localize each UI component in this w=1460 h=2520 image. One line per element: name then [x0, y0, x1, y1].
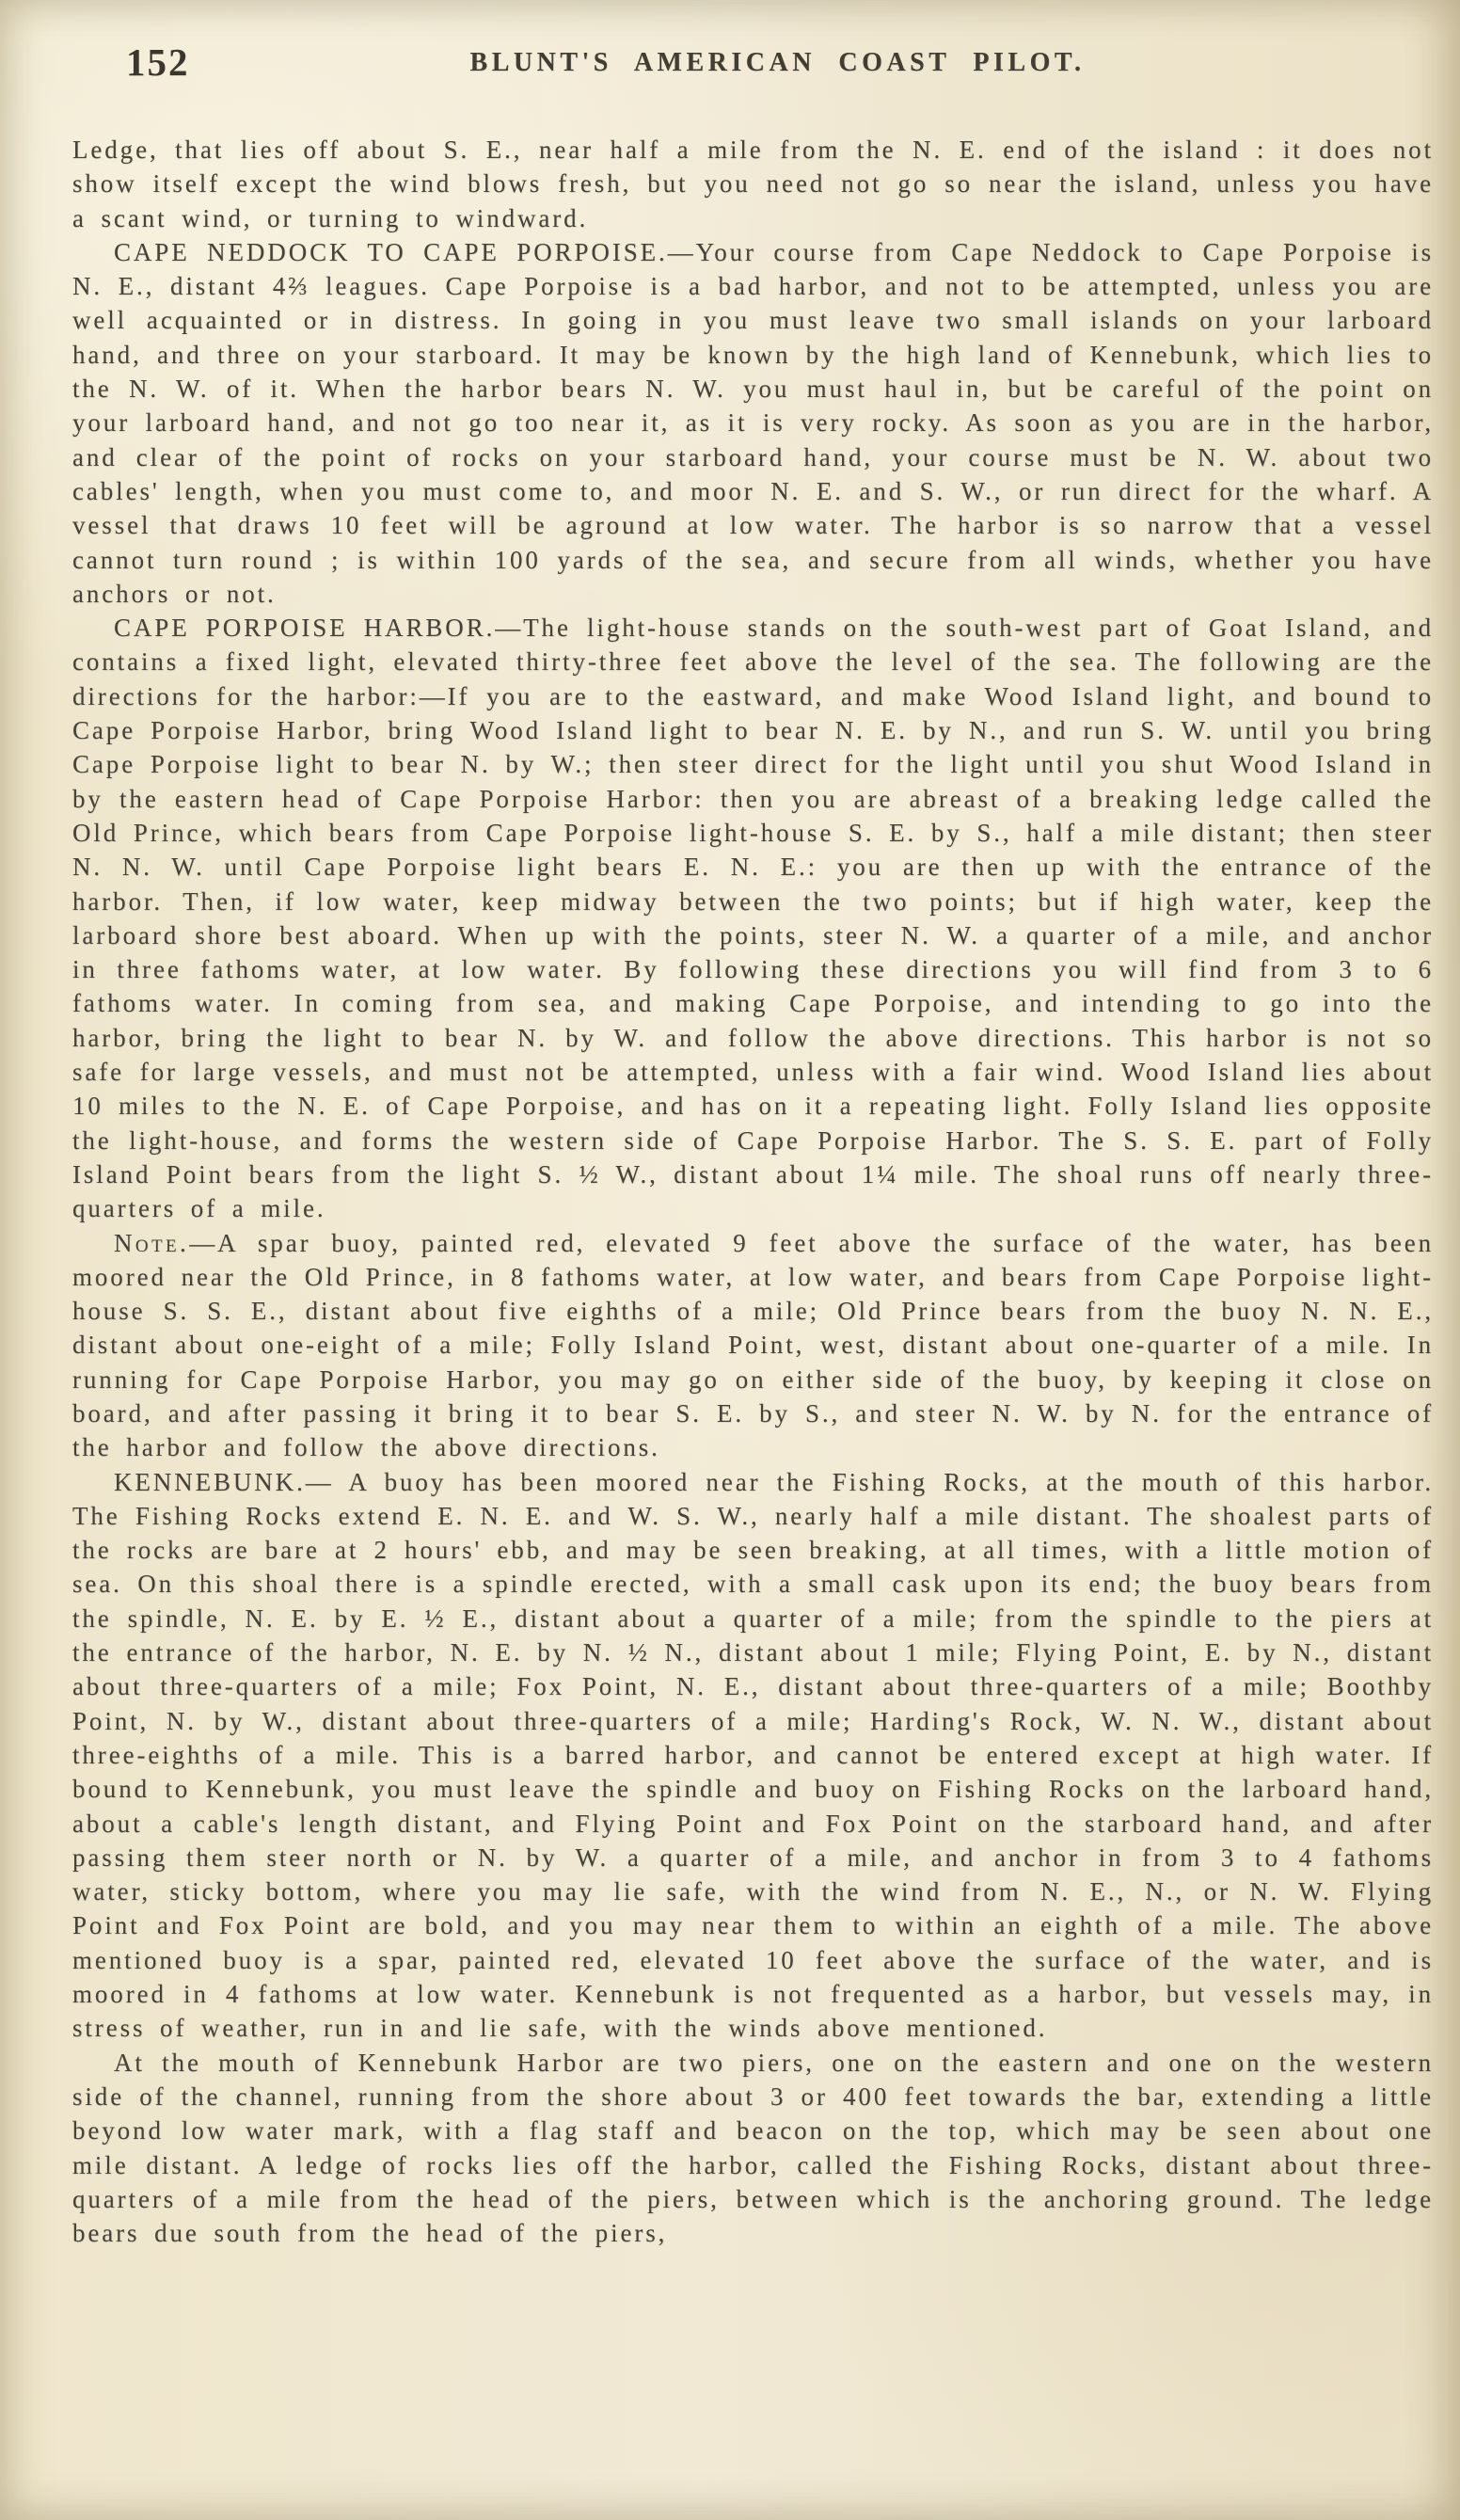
- page-header: 152 BLUNT'S AMERICAN COAST PILOT.: [72, 40, 1434, 96]
- paragraph-cape-porpoise-harbor: CAPE PORPOISE HARBOR.—The light-house st…: [72, 611, 1434, 1225]
- running-title: BLUNT'S AMERICAN COAST PILOT.: [72, 40, 1434, 78]
- paragraph-note-spar-buoy: Note.—A spar buoy, painted red, elevated…: [72, 1226, 1434, 1465]
- note-smallcaps-lead: Note.: [114, 1229, 189, 1257]
- page-number: 152: [126, 40, 190, 85]
- paragraph-ledge-continuation: Ledge, that lies off about S. E., near h…: [72, 133, 1434, 235]
- paragraph-cape-neddock-to-cape-porpoise: CAPE NEDDOCK TO CAPE PORPOISE.—Your cour…: [72, 235, 1434, 611]
- paragraph-kennebunk: KENNEBUNK.— A buoy has been moored near …: [72, 1465, 1434, 2046]
- body-text: Ledge, that lies off about S. E., near h…: [72, 133, 1434, 2250]
- paragraph-kennebunk-piers: At the mouth of Kennebunk Harbor are two…: [72, 2046, 1434, 2251]
- scanned-book-page: 152 BLUNT'S AMERICAN COAST PILOT. Ledge,…: [0, 0, 1460, 2520]
